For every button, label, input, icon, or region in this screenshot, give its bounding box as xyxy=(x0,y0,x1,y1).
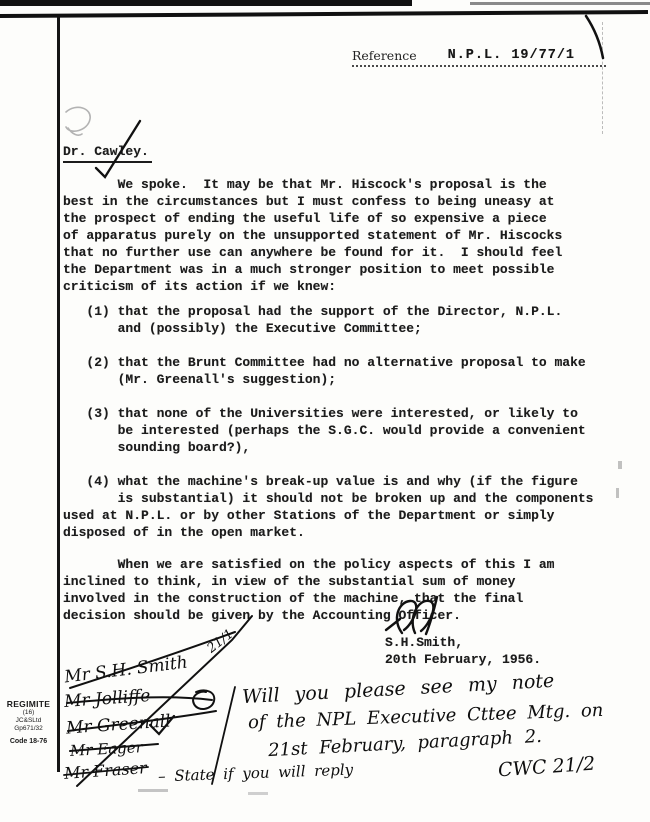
reference-label: Reference xyxy=(352,48,417,63)
scan-artifact xyxy=(248,792,268,795)
ink-blob xyxy=(193,690,214,709)
salutation: Dr. Cawley. xyxy=(63,143,152,163)
right-page-edge xyxy=(602,22,603,134)
fraser-instruction: – State if you will reply xyxy=(158,761,354,786)
scan-artifact xyxy=(618,461,622,469)
stamp-line: JC&SLtd xyxy=(1,717,56,725)
printer-stamp: REGIMITE (16) JC&SLtd Gp671/32 Code 18-7… xyxy=(1,699,56,745)
list-item-1: (1) that the proposal had the support of… xyxy=(63,303,562,337)
approval-scribble: 21/1 xyxy=(204,627,236,657)
reviewer-initials: CWC 21/2 xyxy=(497,753,596,782)
distribution-name-fraser: Mr Fraser xyxy=(63,758,147,783)
handwritten-note-line-3: 21st February, paragraph 2. xyxy=(268,726,543,761)
document-page: Reference N.P.L. 19/77/1 Dr. Cawley. We … xyxy=(0,0,650,822)
reference-number: N.P.L. 19/77/1 xyxy=(417,48,606,63)
distribution-name-jolliffe: Mr Jolliffe xyxy=(63,686,151,712)
pencil-squiggle xyxy=(66,107,90,135)
stamp-line: Code 18-76 xyxy=(1,738,56,745)
stamp-line: REGIMITE xyxy=(1,699,56,709)
top-rule xyxy=(0,10,648,17)
paragraph-1: We spoke. It may be that Mr. Hiscock's p… xyxy=(63,176,562,295)
scan-artifact xyxy=(616,488,619,498)
list-item-4: (4) what the machine's break-up value is… xyxy=(63,473,594,541)
signature-date: 20th February, 1956. xyxy=(385,651,541,668)
scan-edge-top-right xyxy=(470,2,650,5)
distribution-name-eager: Mr Eager xyxy=(70,738,144,760)
distribution-name-greenall: Mr Greenall xyxy=(65,711,171,738)
distribution-name-smith: Mr S.H. Smith xyxy=(63,653,189,688)
list-item-2: (2) that the Brunt Committee had no alte… xyxy=(63,354,586,388)
list-item-3: (3) that none of the Universities were i… xyxy=(63,405,586,456)
left-margin-rule xyxy=(57,17,60,772)
stamp-line: Gp671/32 xyxy=(1,725,56,733)
scan-artifact xyxy=(138,789,168,792)
scan-edge-top-left xyxy=(0,0,412,6)
reference-row: Reference N.P.L. 19/77/1 xyxy=(352,48,606,67)
stamp-line: (16) xyxy=(1,709,56,717)
closing-paragraph: When we are satisfied on the policy aspe… xyxy=(63,556,554,624)
signature-name: S.H.Smith, xyxy=(385,634,463,651)
